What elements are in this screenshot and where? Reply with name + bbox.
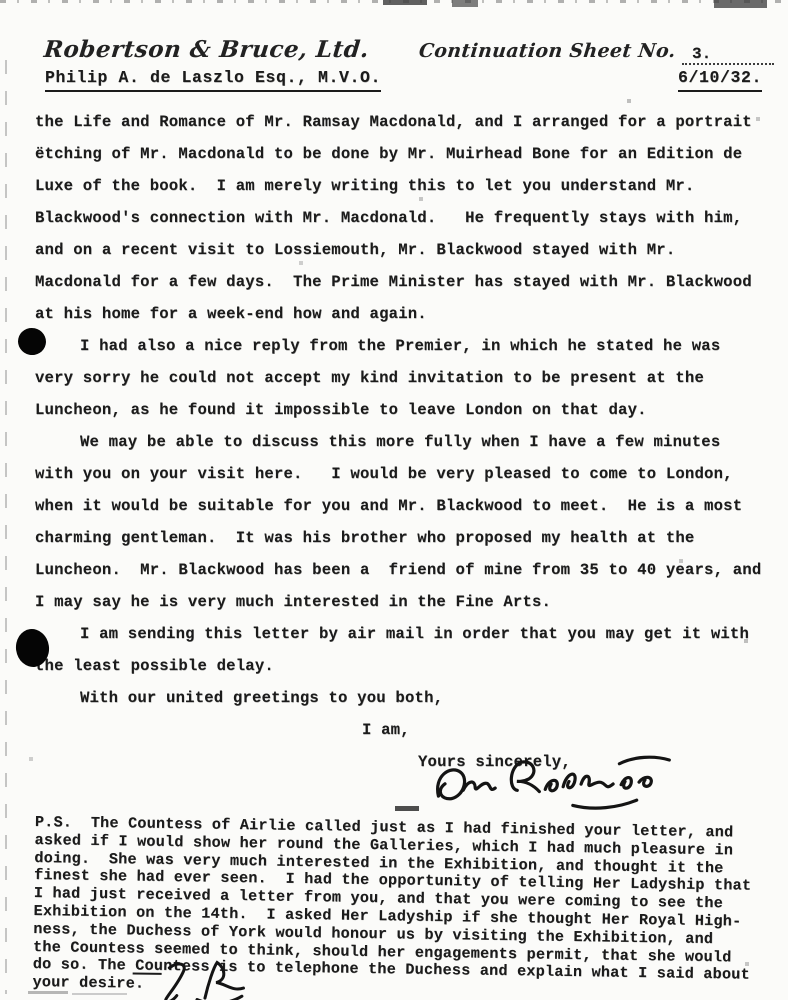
scanned-letter-page: Robertson & Bruce, Ltd. Continuation She… — [0, 0, 788, 1000]
text-line: I am sending this letter by air mail in … — [35, 618, 764, 650]
handwritten-initials-jr — [147, 955, 267, 1000]
continuation-sheet-field: Continuation Sheet No. 3. — [419, 40, 774, 62]
text-line: the Life and Romance of Mr. Ramsay Macdo… — [35, 106, 764, 138]
paragraph-1: the Life and Romance of Mr. Ramsay Macdo… — [35, 106, 764, 330]
text-line: very sorry he could not accept my kind i… — [35, 362, 764, 394]
text-line: Luncheon. Mr. Blackwood has been a frien… — [35, 554, 764, 586]
text-line: and on a recent visit to Lossiemouth, Mr… — [35, 234, 764, 266]
scan-mark — [72, 993, 127, 995]
scan-mark — [714, 0, 767, 8]
sheet-number-line: 3. — [682, 45, 774, 65]
closing-greeting: With our united greetings to you both, — [35, 682, 764, 714]
text-line: charming gentleman. It was his brother w… — [35, 522, 764, 554]
text-line: Luncheon, as he found it impossible to l… — [35, 394, 764, 426]
text-line: We may be able to discuss this more full… — [35, 426, 764, 458]
text-line: with you on your visit here. I would be … — [35, 458, 764, 490]
addressee-name: Philip A. de Laszlo Esq., M.V.O. — [45, 68, 381, 92]
text-line: Macdonald for a few days. The Prime Mini… — [35, 266, 764, 298]
text-line: Luxe of the book. I am merely writing th… — [35, 170, 764, 202]
closing-i-am: I am, — [362, 714, 764, 746]
text-line: when it would be suitable for you and Mr… — [35, 490, 764, 522]
text-line: I had also a nice reply from the Premier… — [35, 330, 764, 362]
text-line: Blackwood's connection with Mr. Macdonal… — [35, 202, 764, 234]
text-line: I may say he is very much interested in … — [35, 586, 764, 618]
text-line: at his home for a week-end how and again… — [35, 298, 764, 330]
paragraph-2: I had also a nice reply from the Premier… — [35, 330, 764, 426]
scan-mark — [383, 0, 427, 5]
scan-edge-line — [5, 60, 7, 994]
text-line: the least possible delay. — [35, 650, 764, 682]
scan-specks — [0, 0, 2, 2]
letter-body: the Life and Romance of Mr. Ramsay Macdo… — [35, 106, 764, 778]
postscript: P.S. The Countess of Airlie called just … — [32, 814, 768, 1000]
text-line: ëtching of Mr. Macdonald to be done by M… — [35, 138, 764, 170]
paragraph-4: I am sending this letter by air mail in … — [35, 618, 764, 682]
scan-mark — [395, 806, 419, 811]
sheet-number: 3. — [692, 45, 711, 63]
continuation-sheet-label: Continuation Sheet No. — [418, 40, 677, 62]
letterhead-company-name: Robertson & Bruce, Ltd. — [43, 36, 371, 63]
handwritten-signature-john-robertson — [423, 745, 687, 818]
paragraph-3: We may be able to discuss this more full… — [35, 426, 764, 618]
scan-mark — [452, 0, 478, 7]
letter-date: 6/10/32. — [678, 68, 762, 92]
